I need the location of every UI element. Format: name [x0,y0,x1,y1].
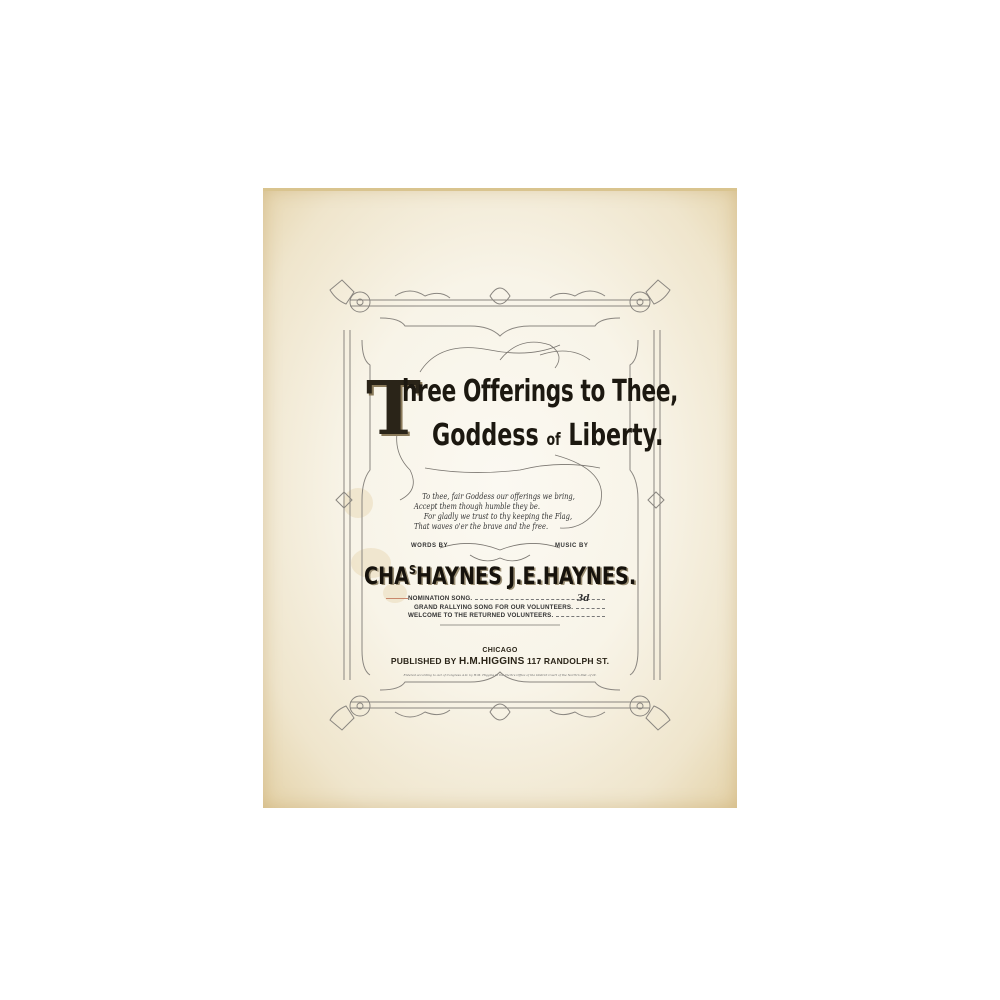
verse-line: To thee, fair Goddess our offerings we b… [414,491,586,501]
verse-line: That waves o'er the brave and the free. [414,521,586,531]
price-mark [386,598,408,599]
verse-line: For gladly we trust to thy keeping the F… [414,511,586,521]
copyright-notice: Entered according to Act of Congress A.D… [0,673,1000,677]
publisher-line: PUBLISHED BY H.M.HIGGINS 117 RANDOLPH ST… [0,656,1000,667]
music-by-label: MUSIC BY [555,543,588,549]
publisher-name: H.M.HIGGINS [459,656,525,667]
title-liberty: Liberty. [561,418,664,453]
publisher-address: 117 RANDOLPH ST. [524,656,609,666]
song-title: WELCOME TO THE RETURNED VOLUNTEERS. [408,612,553,621]
leader-dots [556,616,605,617]
price: 3d [577,594,590,604]
title-block: T hree Offerings to Thee, Goddess of Lib… [0,0,1000,1000]
composer-name: J.E.HAYNES. [508,562,636,590]
song-item: GRAND RALLYING SONG FOR OUR VOLUNTEERS. [408,604,608,613]
verse-line: Accept them though humble they be. [414,501,586,511]
title-line-1: hree Offerings to Thee, [402,374,678,409]
song-title: NOMINATION SONG. [408,595,472,604]
title-of: of [546,430,560,450]
song-item: WELCOME TO THE RETURNED VOLUNTEERS. [408,612,608,621]
title-line-2: Goddess of Liberty. [432,418,663,453]
leader-dots [576,608,605,609]
publisher-city: CHICAGO [0,647,1000,654]
title-goddess: Goddess [432,418,546,453]
lyricist-surname: HAYNES [416,562,502,590]
words-by-label: WORDS BY [411,543,448,549]
song-title: GRAND RALLYING SONG FOR OUR VOLUNTEERS. [414,604,573,613]
lyricist-name: CHASHAYNES [364,562,502,590]
published-by: PUBLISHED BY [391,656,459,666]
lyricist-prefix: CHA [364,562,409,590]
verse: To thee, fair Goddess our offerings we b… [414,491,586,531]
lyricist-sup: S [409,563,416,577]
